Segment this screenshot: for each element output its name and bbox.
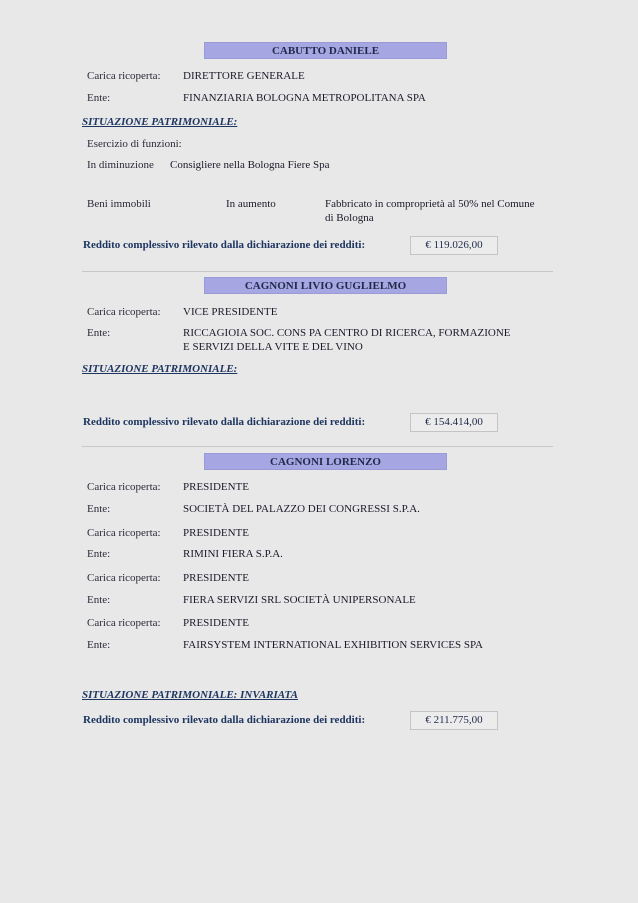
section-divider [82, 271, 553, 272]
ente-label: Ente: [87, 92, 110, 104]
person-name-header: CAGNONI LORENZO [204, 453, 447, 470]
ente-value-line1: RICCAGIOIA SOC. CONS PA CENTRO DI RICERC… [183, 327, 511, 339]
situazione-patrimoniale-heading: SITUAZIONE PATRIMONIALE: [82, 116, 237, 128]
carica-value: PRESIDENTE [183, 481, 249, 493]
reddito-amount: € 154.414,00 [410, 413, 498, 432]
person-name-header: CAGNONI LIVIO GUGLIELMO [204, 277, 447, 294]
beni-type: Beni immobili [87, 198, 151, 210]
carica-label: Carica ricoperta: [87, 70, 161, 82]
ente-label: Ente: [87, 327, 110, 339]
person-name-header: CABUTTO DANIELE [204, 42, 447, 59]
ente-value: RIMINI FIERA S.P.A. [183, 548, 283, 560]
carica-label: Carica ricoperta: [87, 306, 161, 318]
reddito-label: Reddito complessivo rilevato dalla dichi… [83, 416, 365, 428]
esercizio-change: In diminuzione [87, 159, 154, 171]
ente-value: FINANZIARIA BOLOGNA METROPOLITANA SPA [183, 92, 426, 104]
situazione-patrimoniale-heading: SITUAZIONE PATRIMONIALE: [82, 363, 237, 375]
document-page: CABUTTO DANIELE Carica ricoperta: DIRETT… [0, 0, 638, 903]
reddito-amount: € 119.026,00 [410, 236, 498, 255]
situazione-patrimoniale-heading: SITUAZIONE PATRIMONIALE: INVARIATA [82, 689, 298, 701]
carica-value: PRESIDENTE [183, 617, 249, 629]
ente-label: Ente: [87, 548, 110, 560]
esercizio-description: Consigliere nella Bologna Fiere Spa [170, 159, 329, 171]
ente-label: Ente: [87, 594, 110, 606]
carica-value: PRESIDENTE [183, 527, 249, 539]
carica-label: Carica ricoperta: [87, 527, 161, 539]
carica-value: PRESIDENTE [183, 572, 249, 584]
ente-label: Ente: [87, 639, 110, 651]
reddito-label: Reddito complessivo rilevato dalla dichi… [83, 714, 365, 726]
ente-value: FAIRSYSTEM INTERNATIONAL EXHIBITION SERV… [183, 639, 483, 651]
reddito-label: Reddito complessivo rilevato dalla dichi… [83, 239, 365, 251]
carica-value: VICE PRESIDENTE [183, 306, 277, 318]
reddito-amount: € 211.775,00 [410, 711, 498, 730]
carica-label: Carica ricoperta: [87, 617, 161, 629]
ente-value-line2: E SERVIZI DELLA VITE E DEL VINO [183, 341, 363, 353]
ente-value: SOCIETÀ DEL PALAZZO DEI CONGRESSI S.P.A. [183, 503, 420, 515]
carica-label: Carica ricoperta: [87, 572, 161, 584]
carica-value: DIRETTORE GENERALE [183, 70, 305, 82]
esercizio-label: Esercizio di funzioni: [87, 138, 182, 150]
ente-value: FIERA SERVIZI SRL SOCIETÀ UNIPERSONALE [183, 594, 416, 606]
section-divider [82, 446, 553, 447]
carica-label: Carica ricoperta: [87, 481, 161, 493]
beni-description-line1: Fabbricato in comproprietà al 50% nel Co… [325, 198, 535, 210]
beni-change: In aumento [226, 198, 276, 210]
ente-label: Ente: [87, 503, 110, 515]
beni-description-line2: di Bologna [325, 212, 374, 224]
